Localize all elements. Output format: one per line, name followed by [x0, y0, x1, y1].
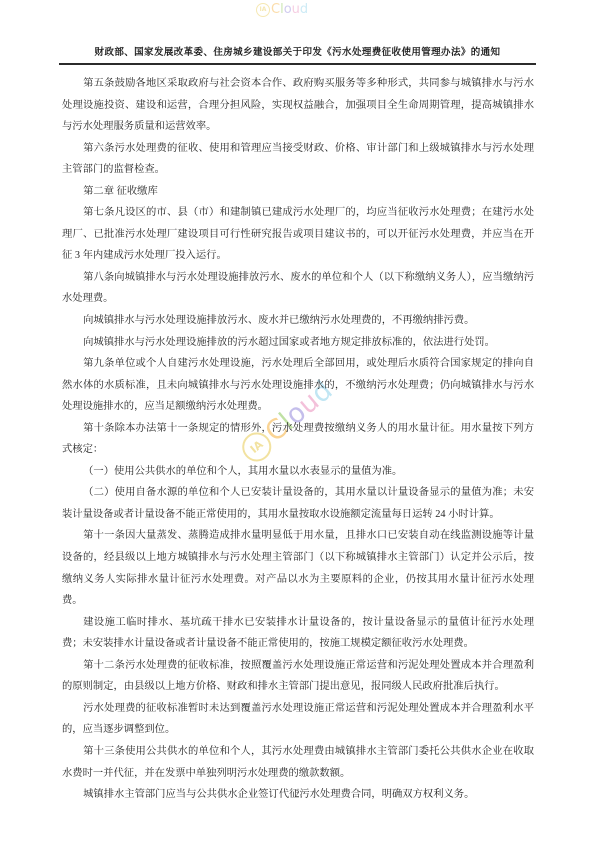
paragraph-article-5: 第五条鼓励各地区采取政府与社会资本合作、政府购买服务等多种形式，共同参与城镇排水… [62, 73, 534, 138]
watermark-top: IA C l o u d [256, 2, 308, 17]
watermark-letter: C [271, 2, 280, 17]
watermark-letter: l [280, 2, 284, 17]
page-number: 2 [0, 789, 594, 800]
paragraph-article-10: 第十条除本办法第十一条规定的情形外，污水处理费按缴纳义务人的用水量计征。用水量按… [62, 418, 534, 461]
watermark-letter: o [284, 2, 292, 17]
watermark-logo-ring: IA [256, 3, 270, 17]
page-header: 财政部、国家发展改革委、住房城乡建设部关于印发《污水处理费征收使用管理办法》的通… [59, 44, 536, 65]
document-body: 第五条鼓励各地区采取政府与社会资本合作、政府购买服务等多种形式，共同参与城镇排水… [62, 73, 534, 806]
chapter-heading: 第二章 征收缴库 [62, 181, 534, 203]
header-title: 财政部、国家发展改革委、住房城乡建设部关于印发《污水处理费征收使用管理办法》的通… [59, 44, 536, 65]
paragraph-article-6: 第六条污水处理费的征收、使用和管理应当接受财政、价格、审计部门和上级城镇排水与污… [62, 138, 534, 181]
paragraph-item-1: （一）使用公共供水的单位和个人，其用水量以水表显示的量值为准。 [62, 461, 534, 483]
paragraph-article-7: 第七条凡设区的市、县（市）和建制镇已建成污水处理厂的，均应当征收污水处理费；在建… [62, 202, 534, 267]
document-page: IA C l o u d 财政部、国家发展改革委、住房城乡建设部关于印发《污水处… [0, 0, 594, 842]
paragraph-article-13: 第十三条使用公共供水的单位和个人，其污水处理费由城镇排水主管部门委托公共供水企业… [62, 741, 534, 784]
paragraph-article-11: 第十一条因大量蒸发、蒸腾造成排水量明显低于用水量，且排水口已安装自动在线监测设施… [62, 525, 534, 611]
watermark-letter: d [300, 2, 308, 17]
paragraph: 建设施工临时排水、基坑疏干排水已安装排水计量设备的，按计量设备显示的量值计征污水… [62, 612, 534, 655]
paragraph-article-9: 第九条单位或个人自建污水处理设施，污水处理后全部回用，或处理后水质符合国家规定的… [62, 353, 534, 418]
watermark-letter: u [292, 2, 300, 17]
paragraph-article-8: 第八条向城镇排水与污水处理设施排放污水、废水的单位和个人（以下称缴纳义务人），应… [62, 267, 534, 310]
paragraph-item-2: （二）使用自备水源的单位和个人已安装计量设备的，其用水量以计量设备显示的量值为准… [62, 482, 534, 525]
paragraph: 污水处理费的征收标准暂时未达到覆盖污水处理设施正常运营和污泥处理处置成本并合理盈… [62, 698, 534, 741]
paragraph-article-12: 第十二条污水处理费的征收标准，按照覆盖污水处理设施正常运营和污泥处理处置成本并合… [62, 655, 534, 698]
paragraph: 向城镇排水与污水处理设施排放污水、废水并已缴纳污水处理费的，不再缴纳排污费。 [62, 310, 534, 332]
paragraph: 向城镇排水与污水处理设施排放的污水超过国家或者地方规定排放标准的，依法进行处罚。 [62, 332, 534, 354]
